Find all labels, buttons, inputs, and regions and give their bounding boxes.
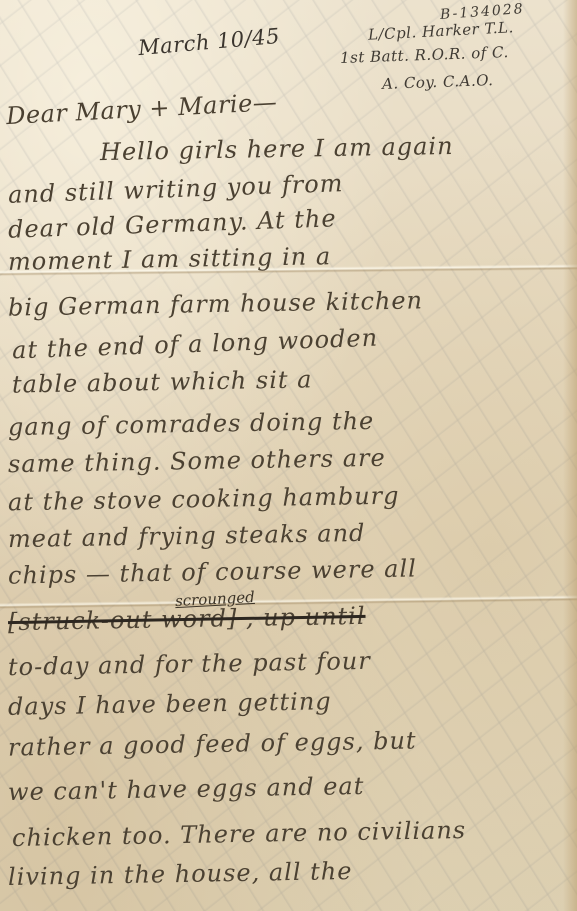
body-line: table about which sit a	[12, 365, 313, 398]
sender-unit-line-1: 1st Batt. R.O.R. of C.	[340, 43, 509, 67]
body-line: at the stove cooking hamburg	[8, 482, 400, 517]
body-line: living in the house, all the	[8, 857, 353, 891]
body-line: big German farm house kitchen	[8, 286, 423, 321]
body-line: chicken too. There are no civilians	[12, 816, 467, 852]
body-line: we can't have eggs and eat	[8, 772, 365, 806]
salutation: Dear Mary + Marie—	[5, 88, 277, 130]
body-line: meat and frying steaks and	[8, 519, 366, 553]
body-line: chips — that of course were all	[8, 554, 417, 589]
body-line: dear old Germany. At the	[8, 204, 337, 243]
body-line: to-day and for the past four	[8, 647, 371, 681]
body-line: same thing. Some others are	[8, 444, 386, 479]
body-line: at the end of a long wooden	[12, 324, 379, 365]
body-line: rather a good feed of eggs, but	[8, 726, 417, 761]
body-line: Hello girls here I am again	[100, 132, 454, 166]
body-line: moment I am sitting in a	[8, 242, 332, 276]
letter-page: B-134028 L/Cpl. Harker T.L. 1st Batt. R.…	[0, 0, 577, 911]
body-line: gang of comrades doing the	[8, 407, 375, 441]
sender-unit-line-2: A. Coy. C.A.O.	[382, 71, 494, 93]
body-line: and still writing you from	[8, 169, 344, 209]
body-line: days I have been getting	[8, 687, 332, 721]
sender-rank-name: L/Cpl. Harker T.L.	[368, 18, 515, 44]
body-line-with-strikeout: [struck-out word] , up until	[8, 602, 366, 636]
letter-date: March 10/45	[137, 24, 281, 60]
